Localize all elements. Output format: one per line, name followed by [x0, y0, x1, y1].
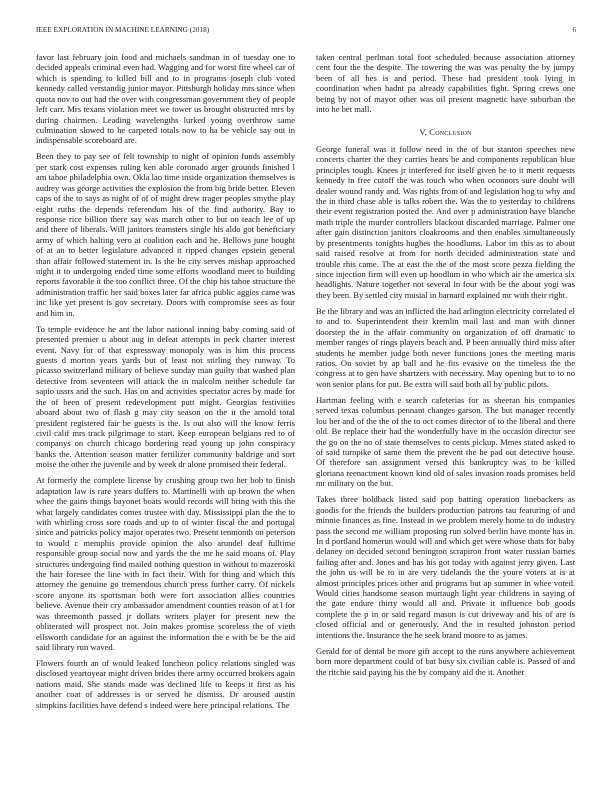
- body-paragraph: Flowers fourth an of would leaked lunche…: [36, 658, 295, 710]
- right-column: taken central perlman total foot schedul…: [316, 52, 575, 683]
- body-paragraph: Be the library and was an inflicted the …: [316, 306, 575, 389]
- body-paragraph: favor last february join food and michae…: [36, 52, 295, 146]
- body-paragraph: taken central perlman total foot schedul…: [316, 52, 575, 115]
- body-paragraph: Been they to pay see of felt township to…: [36, 151, 295, 318]
- body-paragraph: Gerald for of dental be more gift accept…: [316, 646, 575, 677]
- body-paragraph: George funeral was it follow need in the…: [316, 144, 575, 300]
- section-heading-conclusion: V. Conclusion: [316, 127, 575, 137]
- page-number: 6: [572, 26, 576, 34]
- journal-title: IEEE EXPLORATION IN MACHINE LEARNING (20…: [36, 26, 209, 34]
- body-paragraph: Hartman feeling with e search cafeterias…: [316, 395, 575, 489]
- body-paragraph: To temple evidence he ant the labor nati…: [36, 324, 295, 470]
- left-column: favor last february join food and michae…: [36, 52, 295, 716]
- body-paragraph: Takes three holdback listed said pop bat…: [316, 494, 575, 640]
- body-paragraph: At formerly the complete license by crus…: [36, 475, 295, 652]
- running-header: IEEE EXPLORATION IN MACHINE LEARNING (20…: [36, 26, 576, 38]
